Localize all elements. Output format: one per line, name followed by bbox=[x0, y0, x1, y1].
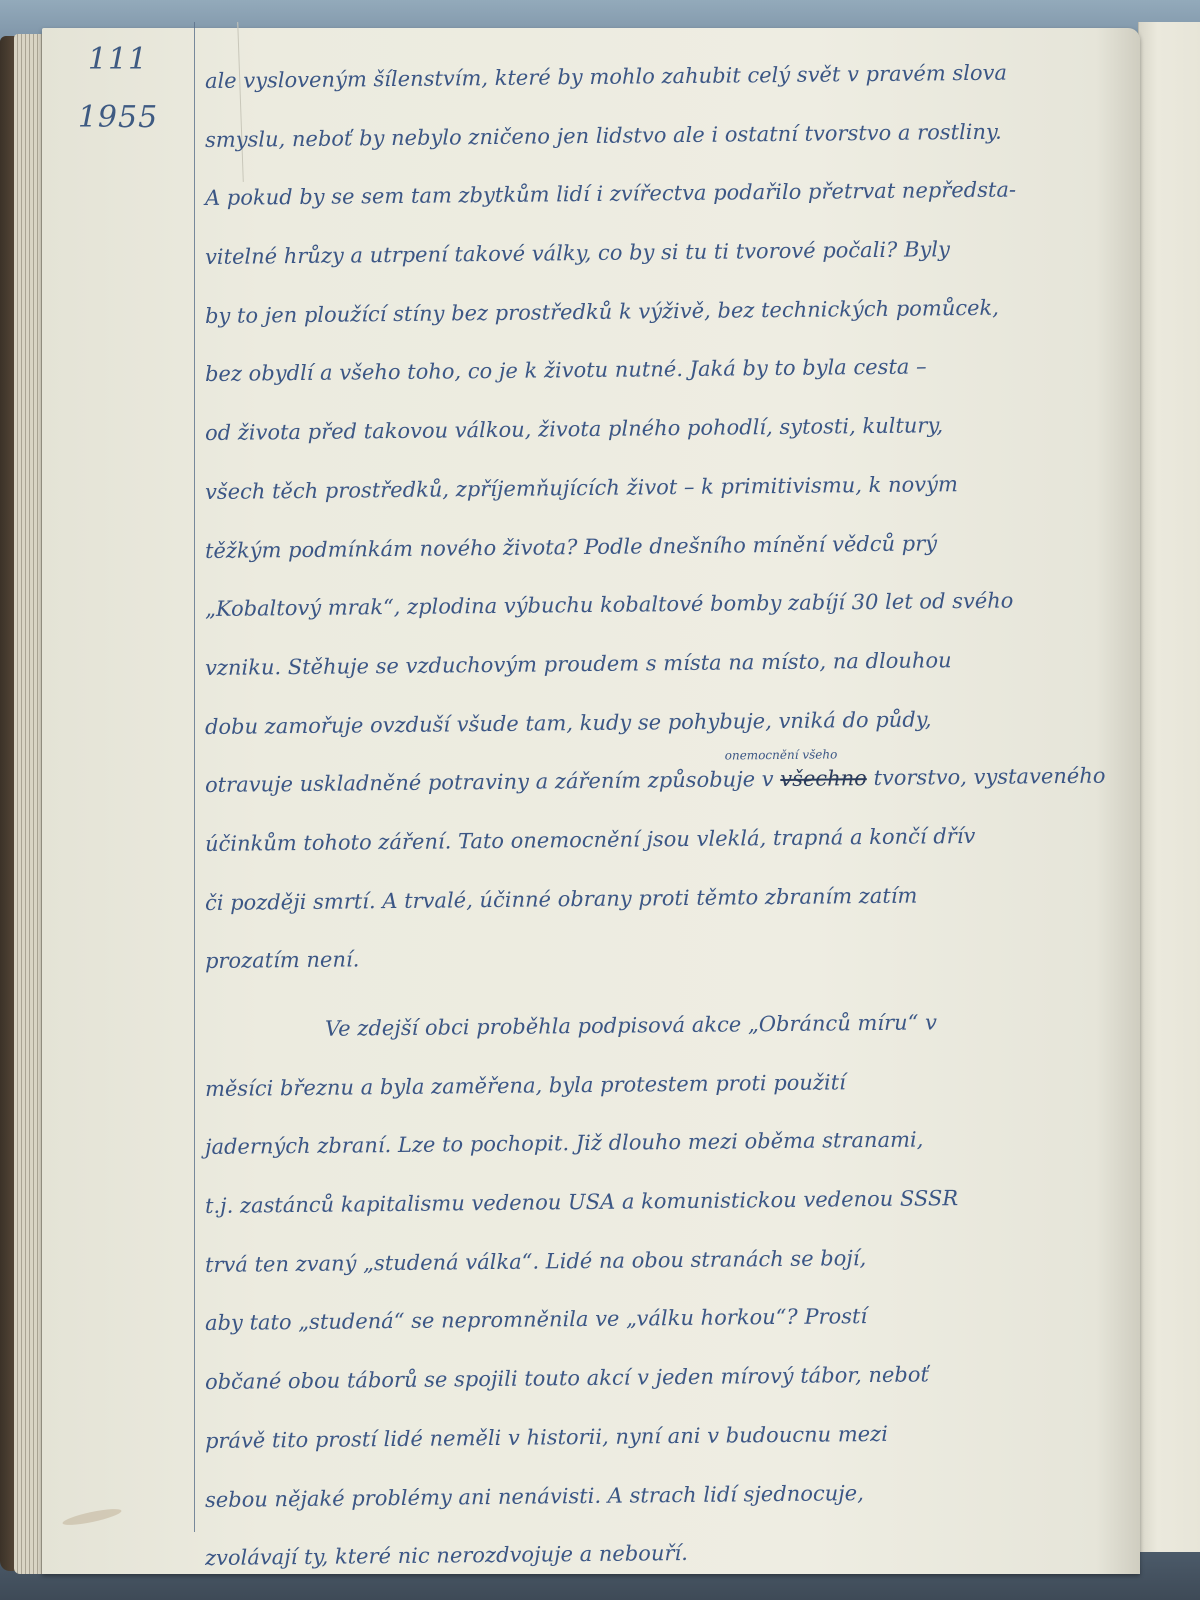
interlinear-insertion: onemocnění všeho bbox=[725, 748, 838, 763]
text-line: právě tito prostí lidé neměli v historii… bbox=[205, 1402, 1116, 1470]
text-line: vitelné hrůzy a utrpení takové války, co… bbox=[205, 219, 1116, 287]
text-line: trvá ten zvaný „studená válka“. Lidé na … bbox=[205, 1226, 1116, 1294]
text-line: „Kobaltový mrak“, zplodina výbuchu kobal… bbox=[205, 571, 1116, 639]
text-line: těžkým podmínkám nového života? Podle dn… bbox=[205, 512, 1116, 580]
paragraph-start-line: Ve zdejší obci proběhla podpisová akce „… bbox=[205, 991, 1116, 1059]
text-line: od života před takovou válkou, života pl… bbox=[205, 395, 1116, 463]
text-line: aby tato „studená“ se nepromněnila ve „v… bbox=[205, 1285, 1116, 1353]
text-line: či později smrtí. A trvalé, účinné obran… bbox=[205, 864, 1116, 932]
handwritten-text-body: ale vysloveným šílenstvím, které by mohl… bbox=[205, 52, 1115, 1588]
text-line: měsíci březnu a byla zaměřena, byla prot… bbox=[205, 1050, 1116, 1118]
text-line: účinkům tohoto záření. Tato onemocnění j… bbox=[205, 805, 1116, 873]
text-line: ale vysloveným šílenstvím, které by mohl… bbox=[205, 42, 1116, 110]
margin-year: 1955 bbox=[58, 100, 178, 135]
text-line: jaderných zbraní. Lze to pochopit. Již d… bbox=[205, 1109, 1116, 1177]
text-line: sebou nějaké problémy ani nenávisti. A s… bbox=[205, 1461, 1116, 1529]
text-line: A pokud by se sem tam zbytkům lidí i zví… bbox=[205, 160, 1116, 228]
text-line: smyslu, neboť by nebylo zničeno jen lids… bbox=[205, 101, 1116, 169]
line-text-after: tvorstvo, vystaveného bbox=[867, 764, 1106, 790]
text-line: by to jen ploužící stíny bez prostředků … bbox=[205, 277, 1116, 345]
text-line-with-correction: otravuje uskladněné potraviny a zářením … bbox=[205, 747, 1116, 815]
text-line: t.j. zastánců kapitalismu vedenou USA a … bbox=[205, 1168, 1116, 1236]
text-line: občané obou táborů se spojili touto akcí… bbox=[205, 1344, 1116, 1412]
text-line: zvolávají ty, které nic nerozdvojuje a n… bbox=[205, 1520, 1116, 1588]
facing-page-edge bbox=[1138, 22, 1200, 1552]
struck-out-word: všechno bbox=[780, 766, 867, 791]
text-line: prozatím není. bbox=[205, 923, 1116, 991]
line-text-before: otravuje uskladněné potraviny a zářením … bbox=[205, 767, 774, 797]
margin-rule-line bbox=[194, 22, 195, 1532]
text-line: vzniku. Stěhuje se vzduchovým proudem s … bbox=[205, 629, 1116, 697]
text-line: bez obydlí a všeho toho, co je k životu … bbox=[205, 336, 1116, 404]
text-line: všech těch prostředků, zpříjemňujících ž… bbox=[205, 453, 1116, 521]
page-number: 111 bbox=[58, 42, 178, 77]
text-line: dobu zamořuje ovzduší všude tam, kudy se… bbox=[205, 688, 1116, 756]
